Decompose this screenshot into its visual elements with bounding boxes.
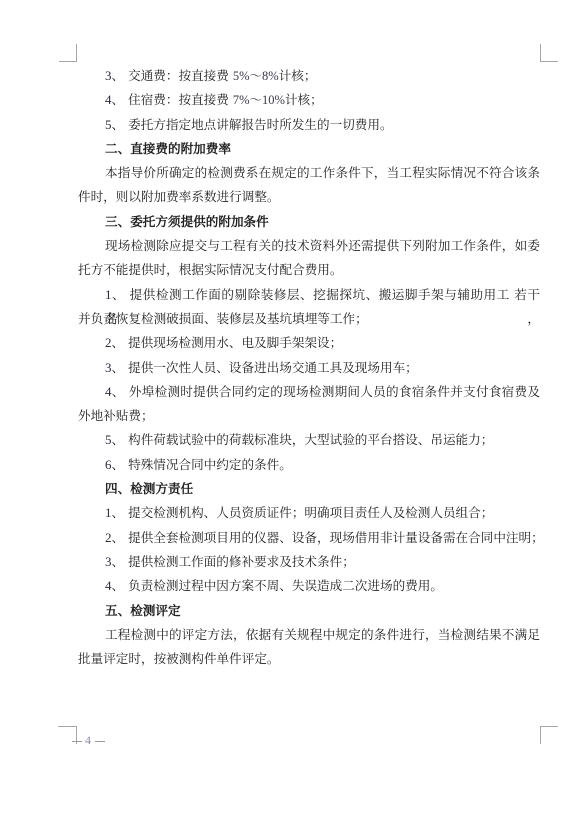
crop-mark-bottom-right: [540, 726, 558, 744]
paragraph-line: 本指导价所确定的检测费系在规定的工作条件下，当工程实际情况不符合该条: [78, 161, 540, 185]
item-text: 委托方指定地点讲解报告时所发生的一切费用。: [128, 117, 392, 132]
list-item: 4、 负责检测过程中因方案不周、失误造成二次进场的费用。: [78, 574, 540, 598]
paragraph-line: 现场检测除应提交与工程有关的技术资料外还需提供下列附加工作条件，如委: [78, 234, 540, 258]
paragraph-line: 工程检测中的评定方法，依据有关规程中规定的条件进行，当检测结果不满足: [78, 623, 540, 647]
crop-mark-top-right: [540, 44, 558, 62]
item-text: 、 提供现场检测用水、电及脚手架架设；: [112, 335, 343, 350]
document-body: 3、 交通费：按直接费 5%～8%计核； 4、 住宿费：按直接费 7%～10%计…: [78, 64, 540, 671]
item-text: 、 提供一次性人员、设备进出场交通工具及现场用车；: [112, 360, 418, 375]
paragraph-line: 批量评定时，按被测构件单件评定。: [78, 647, 540, 671]
item-text: 、 提供全套检测项目用的仪器、设备，现场借用非计量设备需在合同中注明；: [112, 530, 544, 545]
list-item: 3、 交通费：按直接费 5%～8%计核；: [78, 64, 540, 88]
list-item: 5、 委托方指定地点讲解报告时所发生的一切费用。: [78, 113, 540, 137]
separator: 、: [112, 68, 125, 83]
list-item: 2、 提供全套检测项目用的仪器、设备，现场借用非计量设备需在合同中注明；: [78, 526, 540, 550]
item-text: 、 特殊情况合同中约定的条件。: [112, 457, 292, 472]
section-heading: 四、检测方责任: [78, 477, 540, 501]
list-item: 1、 提交检测机构、人员资质证件；明确项目责任人及检测人员组合；: [78, 501, 540, 525]
separator: 、: [112, 92, 125, 107]
separator: 、: [112, 117, 125, 132]
item-text: 住宿费：按直接费: [128, 92, 233, 107]
item-text: 、 提供检测工作面的修补要求及技术条件；: [112, 554, 355, 569]
list-item-continuation: 外地补贴费；: [78, 404, 540, 428]
dash-right: [95, 741, 105, 742]
list-item: 3、 提供检测工作面的修补要求及技术条件；: [78, 550, 540, 574]
page-number-value: 4: [82, 733, 95, 747]
section-heading: 二、直接费的附加费率: [78, 137, 540, 161]
percent-range: 7%～10%: [233, 93, 285, 107]
percent-range: 5%～8%: [233, 69, 279, 83]
item-tail: 计核；: [285, 92, 323, 107]
list-item: 3、 提供一次性人员、设备进出场交通工具及现场用车；: [78, 356, 540, 380]
paragraph-line: 件时，则以附加费率系数进行调整。: [78, 185, 540, 209]
paragraph-line: 托方不能提供时，根据实际情况支付配合费用。: [78, 258, 540, 282]
list-item: 1、 提供检测工作面的剔除装修层、挖掘探坑、搬运脚手架与辅助用工 若干名，: [78, 283, 540, 307]
item-text: 、 负责检测过程中因方案不周、失误造成二次进场的费用。: [112, 578, 443, 593]
item-text: 、 外埠检测时提供合同约定的现场检测期间人员的食宿条件并支付食宿费及: [112, 384, 541, 399]
list-item: 4、 住宿费：按直接费 7%～10%计核；: [78, 88, 540, 112]
dash-left: [72, 741, 82, 742]
list-item: 6、 特殊情况合同中约定的条件。: [78, 453, 540, 477]
page-number: 4: [72, 733, 105, 748]
item-text: 交通费：按直接费: [128, 68, 233, 83]
section-heading: 五、检测评定: [78, 599, 540, 623]
crop-mark-top-left: [59, 44, 77, 62]
item-tail: 计核；: [279, 68, 317, 83]
list-item: 2、 提供现场检测用水、电及脚手架架设；: [78, 331, 540, 355]
list-item: 4、 外埠检测时提供合同约定的现场检测期间人员的食宿条件并支付食宿费及: [78, 380, 540, 404]
item-text: 、 提交检测机构、人员资质证件；明确项目责任人及检测人员组合；: [112, 505, 494, 520]
list-item: 5、 构件荷载试验中的荷载标准块，大型试验的平台搭设、吊运能力；: [78, 428, 540, 452]
section-heading: 三、委托方须提供的附加条件: [78, 210, 540, 234]
item-text: 、 构件荷载试验中的荷载标准块，大型试验的平台搭设、吊运能力；: [112, 432, 494, 447]
